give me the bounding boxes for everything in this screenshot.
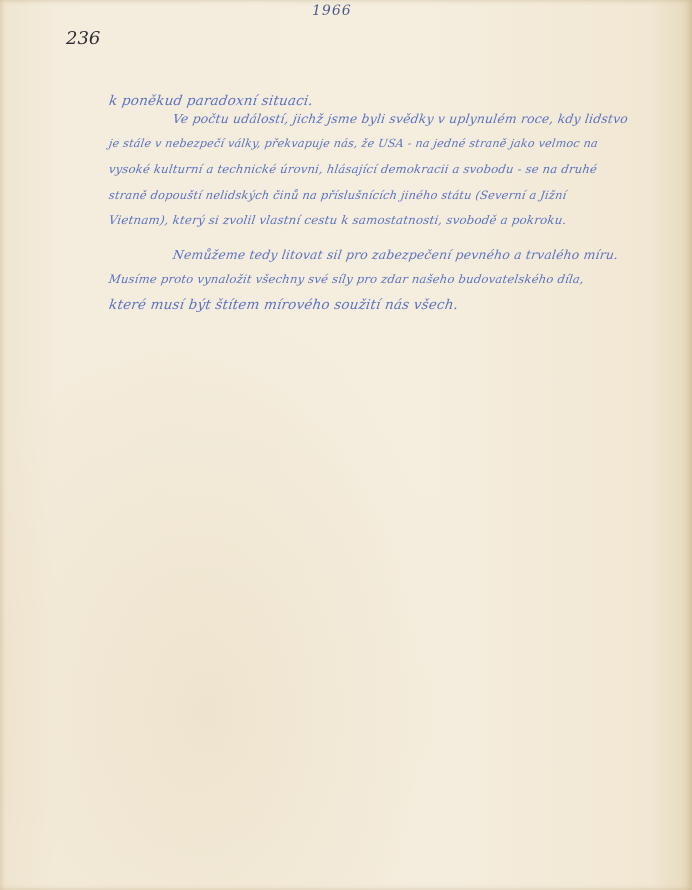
text-line: Nemůžeme tedy litovat sil pro zabezpečen… [172, 247, 619, 262]
text-line: Vietnam), který si zvolil vlastní cestu … [108, 213, 568, 227]
text-line: které musí být štítem mírového soužití n… [108, 297, 459, 313]
text-line: straně dopouští nelidských činů na přísl… [108, 188, 567, 202]
page-year: 1966 [312, 3, 352, 19]
document-page: 1966 236 k poněkud paradoxní situaci. Ve… [0, 0, 692, 890]
text-line: Ve počtu událostí, jichž jsme byli svědk… [172, 111, 629, 126]
page-number: 236 [66, 28, 100, 49]
text-line: Musíme proto vynaložit všechny své síly … [108, 272, 585, 286]
text-line: vysoké kulturní a technické úrovni, hlás… [108, 162, 598, 176]
text-line: je stále v nebezpečí války, překvapuje n… [108, 137, 599, 150]
text-line: k poněkud paradoxní situaci. [108, 93, 314, 109]
